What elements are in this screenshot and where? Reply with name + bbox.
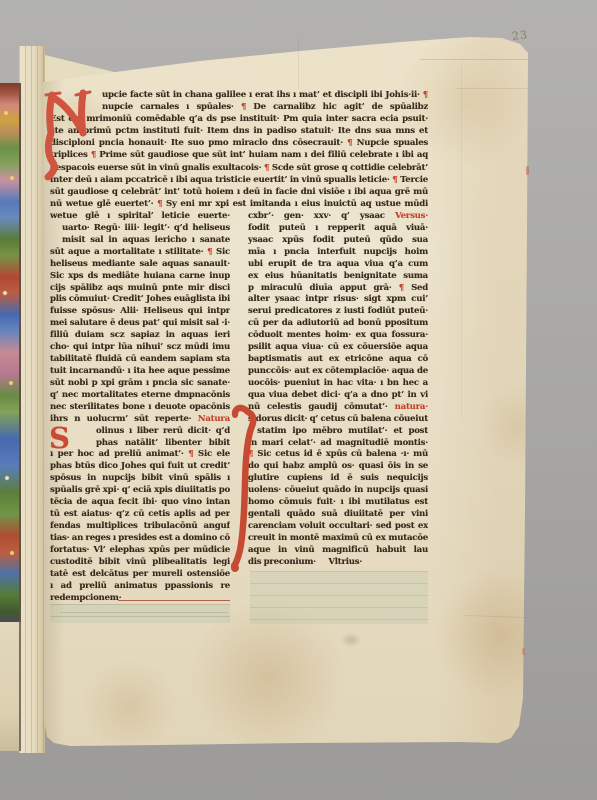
ink-text: Sic ele — [193, 449, 230, 459]
ink-text: inter deū ı aiam pccatricē ı ibi aqua tr… — [50, 175, 392, 185]
manuscript-text-line: fendas multiplices tribulacōnū anguf — [50, 520, 230, 532]
manuscript-text-line: phas btūs dico Johes qui fuit ut credit’ — [50, 460, 230, 472]
manuscript-text-line: alter ysaac intpr risus· sigt xpm cui’ — [248, 293, 428, 305]
manuscript-text-line: aque in vinū magnificū habuit lau — [248, 544, 428, 556]
manuscript-text-line: custoditē bibit vinū plibealitatis legi — [50, 556, 230, 568]
manuscript-text-line: tū est aiatus· q’z cū cetis aplis ad per — [50, 508, 230, 520]
fore-edge-tint — [526, 166, 529, 175]
ink-text: uolens· cōueiut quādo in nupcijs quasi — [248, 485, 428, 495]
ink-text: cōduoit mentes hoim· ex qua fossura· — [248, 330, 428, 340]
manuscript-text-line: ¶ Sic cetus id ē xpūs cū balena ·ı· mū — [248, 448, 428, 460]
ink-text: cxbr’· gen· xxv· q’ ysaac — [248, 211, 395, 221]
manuscript-text-line: cōduoit mentes hoim· ex qua fossura· — [248, 329, 428, 341]
folio-number: 23 — [511, 28, 528, 43]
ink-text: uocōis· pueniut in hac vita· ı bn hec a — [248, 378, 428, 388]
show-through-patch — [50, 604, 230, 623]
fore-edge-tint — [522, 648, 525, 655]
ink-text: heliseus mediante sale aquas sanauit· — [50, 259, 230, 269]
manuscript-text-line: fortatus· Vl’ elephas xpūs per mūdicie — [50, 544, 230, 556]
initial-n-nuptie — [42, 87, 98, 183]
manuscript-text-line: upcie facte sūt in chana galilee ı erat … — [50, 89, 428, 101]
ink-text: Vltrius· — [328, 557, 362, 567]
manuscript-text-line: inter deū ı aiam pccatricē ı ibi aqua tr… — [50, 174, 428, 186]
ink-text: nec sterilitates bone ı deuote opacōnis — [50, 402, 230, 412]
ink-text: plis cōmuiut· Credit’ Johes euāglista ib… — [50, 294, 230, 304]
manuscript-text-line: spōsus in nupcijs bibit vinū spālis ı — [50, 472, 230, 484]
ink-text: Sy eni mr xpi est imitanda ı eius inuict… — [162, 199, 428, 209]
ink-text: ysaac xpūs fodit puteū qūdo sua — [248, 235, 428, 245]
manuscript-text-line: sūt aque a mortalitate ı stilitate· ¶ Si… — [50, 246, 230, 258]
crease-line — [461, 62, 462, 418]
ink-text: fortatus· Vl’ elephas xpūs per mūdicie — [50, 545, 230, 555]
ink-text: aque in vinū magnificū habuit lau — [248, 545, 428, 555]
ink-text: baptismatis aut ex etricōne aqua cō — [248, 354, 428, 364]
manuscript-text-line: despacois euerse sūt in vinū gnalis exul… — [50, 162, 428, 174]
rubric-text: natura· — [395, 402, 428, 412]
ink-text: sūt aque a mortalitate ı stilitate· — [50, 247, 207, 257]
manuscript-text-line: tabilitatē fluidā cū eandem sapiam sta — [50, 353, 230, 365]
manuscript-text-line: uolens· cōueiut quādo in nupcijs quasi — [248, 484, 428, 496]
manuscript-text-line: tias· an reges ı presides est a domino c… — [50, 532, 230, 544]
manuscript-text-line: Sic xps ds mediāte huiana carne inup — [50, 270, 230, 282]
ink-text: p miraculū diuīa apput grā· — [248, 283, 399, 293]
initial-i-isidorus — [231, 402, 257, 574]
manuscript-text-line: nū wetue glē euertet’· ¶ Sy eni mr xpi e… — [50, 198, 428, 210]
manuscript-text-line: cū per da adiutoriū ad bonū ppositum — [248, 317, 428, 329]
ink-text: fuisse spōsus· Alii· Heliseus qui intpr … — [50, 306, 230, 317]
manuscript-text-line: mei salutare ē deus pat’ qui misit sal ·… — [50, 317, 230, 329]
rubric-text: ¶ — [423, 90, 428, 100]
manuscript-text-line: spūalis grē xpi· q’ eciā xpis diuiitatis… — [50, 484, 230, 496]
ink-text: qua viua debet dici· q’a a dno pt’ in vi — [248, 390, 428, 400]
ink-text: ste an primū pctm instituti fuit· Item d… — [50, 126, 428, 136]
manuscript-text-line: punccōis· aut ex cōtemplaciōe· aqua de — [248, 365, 428, 377]
manuscript-text-line: ex eius hūanitatis benignitate suma — [248, 270, 428, 282]
ink-text: glutire cupiens id ē suis nequicijs deci… — [248, 473, 428, 484]
ink-text: sūt gaudiose q celebrāt’ int’ totū hoiem… — [50, 187, 428, 197]
ink-text: Est eni mrimoniū comēdable q’a ds pse in… — [50, 114, 428, 124]
manuscript-text-line: heliseus mediante sale aquas sanauit· — [50, 258, 230, 270]
ink-text: alter ysaac intpr risus· sigt xpm cui’ — [248, 294, 428, 304]
manuscript-text-line: p miraculū diuīa apput grā· ¶ Sed — [248, 282, 428, 294]
manuscript-text-line: cxbr’· gen· xxv· q’ ysaac Versus· — [248, 210, 428, 222]
manuscript-text-line: plis cōmuiut· Credit’ Johes euāglista ib… — [50, 293, 230, 305]
manuscript-text-line: ubi erupit de tra aqua viua q’a cum — [248, 258, 428, 270]
ink-text: mīa ı pncia interfuit nupcijs hoim — [248, 247, 428, 257]
manuscript-text-line: uocōis· pueniut in hac vita· ı bn hec a — [248, 377, 428, 389]
manuscript-text-line: gentali quādo suā diuiitatē per vini — [248, 508, 428, 520]
ink-text: Nupcie spuales — [352, 138, 428, 148]
ruled-line — [60, 612, 228, 613]
ink-text: ubi erupit de tra aqua viua q’a cum — [248, 259, 428, 269]
ink-text: tuit incarnandū· ı ita hee aque pessime — [50, 366, 230, 376]
manuscript-text-line: baptismatis aut ex etricōne aqua cō — [248, 353, 428, 365]
manuscript-text-line: sidorus dicit· q’ cetus cū balena cōueiu… — [248, 413, 428, 425]
manuscript-text-line: ı ad preliū animatus ppassionis re — [50, 580, 230, 592]
manuscript-text-line: triplices ¶ Prime sūt gaudiose que sūt i… — [50, 149, 428, 161]
ink-text: ı ad preliū animatus ppassionis re — [50, 581, 230, 591]
manuscript-text-line: in mari celat’· ad magnitudiē montis· — [248, 437, 428, 449]
ink-text: sūt nobi p xpi grām ı pncia sic sanate· — [50, 378, 230, 388]
manuscript-text-line: disciploni pncia honauit· Ite suo pmo mi… — [50, 137, 428, 149]
manuscript-text-line: cho· qui intpr lūa nihui’ scz mūdi imu — [50, 341, 230, 353]
ink-text: sidorus dicit· q’ cetus cū balena cōueiu… — [248, 414, 428, 424]
ruled-line — [455, 88, 528, 89]
rubric-text: Versus· — [395, 211, 428, 221]
manuscript-text-line: fuisse spōsus· Alii· Heliseus qui intpr … — [50, 305, 230, 317]
ink-text: spōsus in nupcijs bibit vinū spālis ı — [50, 473, 230, 483]
manuscript-text-line: ı statim ipo mēbro mutilat’· et post — [248, 425, 428, 437]
ink-text: wetue glē ı spirital’ leticie euerte· — [50, 211, 230, 221]
manuscript-text-line: tēcia de aqua fecit ibi· quo vino intan — [50, 496, 230, 508]
ink-text: nū wetue glē euertet’· — [50, 199, 157, 209]
manuscript-text-line: tuit incarnandū· ı ita hee aque pessime — [50, 365, 230, 377]
ink-text: in mari celat’· ad magnitudiē montis· — [248, 438, 428, 448]
ink-text: cho· qui intpr lūa nihui’ scz mūdi imu — [50, 342, 230, 352]
manuscript-text-line: ste an primū pctm instituti fuit· Item d… — [50, 125, 428, 137]
ink-text: cū per da adiutoriū ad bonū ppositum — [248, 318, 428, 328]
ink-text: olinus ı liber rerū dicit· q’d ele — [96, 426, 230, 437]
manuscript-text-line: nec sterilitates bone ı deuote opacōnis — [50, 401, 230, 413]
ink-text: nū celestis gaudij cōmutat’· — [248, 402, 395, 412]
manuscript-text-line: glutire cupiens id ē suis nequicijs deci… — [248, 472, 428, 484]
ink-text: custoditē bibit vinū plibealitatis legi — [50, 557, 230, 567]
ink-text: tatē est delcātus per mureli ostensiōe — [50, 569, 230, 579]
manuscript-text-line: nū celestis gaudij cōmutat’· natura· — [248, 401, 428, 413]
ink-text: phas natālit’ libenter bibit vinū· — [96, 438, 230, 449]
manuscript-text-line: ysaac xpūs fodit puteū qūdo sua — [248, 234, 428, 246]
manuscript-photo: 23 upcie facte sūt in chana galilee ı er… — [0, 0, 597, 800]
ink-text: misit sal in aquas iericho ı sanate — [62, 235, 230, 245]
manuscript-text-line: fodit puteū ı repperit aquā viuā· — [248, 222, 428, 234]
manuscript-text-line: cijs spālibz aqs muinū pnte mir disci — [50, 282, 230, 294]
manuscript-text-line: serui predicatores z iusti fodiūt puteū· — [248, 305, 428, 317]
ink-text: phas btūs dico Johes qui fuit ut credit’ — [50, 461, 230, 471]
facing-page-margin — [0, 622, 21, 751]
ink-text: Sic xps ds mediāte huiana carne inup — [50, 271, 230, 281]
manuscript-text-line: qua viua debet dici· q’a a dno pt’ in vi — [248, 389, 428, 401]
ink-text: punccōis· aut ex cōtemplaciōe· aqua de — [248, 366, 428, 376]
show-through-patch — [250, 571, 428, 624]
manuscript-text-line: mīa ı pncia interfuit nupcijs hoim — [248, 246, 428, 258]
ink-text: dis preconium· — [248, 557, 328, 567]
manuscript-text-line: homo cōmuis fuit· ı ibi mutilatus est — [248, 496, 428, 508]
manuscript-text-line: Est eni mrimoniū comēdable q’a ds pse in… — [50, 113, 428, 125]
manuscript-text-line: tatē est delcātus per mureli ostensiōe — [50, 568, 230, 580]
manuscript-text-line: uarto· Regū· iiii· legit’· q’d heliseus — [50, 222, 230, 234]
facing-page-miniature-sliver — [0, 83, 21, 622]
ink-text: mei salutare ē deus pat’ qui misit sal ·… — [50, 318, 230, 328]
ink-text: fendas multiplices tribulacōnū anguf — [50, 521, 230, 531]
ink-text: filiū duiam scz sapiaz in aquas ieri — [50, 330, 230, 340]
initial-i-glyph — [231, 402, 257, 574]
manuscript-text-line: do qui habz amplū os· quasi ōis in se — [248, 460, 428, 472]
initial-n-glyph — [42, 87, 98, 183]
ink-text: tū est aiatus· q’z cū cetis aplis ad per — [50, 509, 230, 519]
ink-text: Scde sūt grose q cottidie celebrāt’ — [269, 163, 428, 173]
text-block-full-width: upcie facte sūt in chana galilee ı erat … — [50, 89, 428, 210]
manuscript-text-line: dis preconium· Vltrius· — [248, 556, 428, 568]
ink-text: uarto· Regū· iiii· legit’· q’d heliseus — [62, 223, 230, 233]
ink-text: tias· an reges ı presides est a domino c… — [50, 533, 230, 543]
ink-text: q’ nec mortalitates eterne dmpnacōnis — [50, 390, 230, 400]
crease-line — [298, 37, 299, 89]
manuscript-text-line: sūt gaudiose q celebrāt’ int’ totū hoiem… — [50, 186, 428, 198]
ink-text: Prime sūt gaudiose que sūt int’ huiam na… — [96, 150, 428, 160]
ink-text: carenciam voluit occultari· sed post ex — [248, 521, 428, 531]
ink-text: cijs spālibz aqs muinū pnte mir disci — [50, 283, 230, 293]
ink-text: serui predicatores z iusti fodiūt puteū· — [248, 306, 428, 316]
ink-text: Sed — [404, 283, 428, 293]
manuscript-text-line: misit sal in aquas iericho ı sanate — [50, 234, 230, 246]
ink-text: psilit aqua viua· cū ex cōuersiōe aqua — [248, 342, 428, 352]
manuscript-text-line: carenciam voluit occultari· sed post ex — [248, 520, 428, 532]
ink-text: tēcia de aqua fecit ibi· quo vino intan — [50, 497, 230, 507]
manuscript-text-line: psilit aqua viua· cū ex cōuersiōe aqua — [248, 341, 428, 353]
initial-s-solinus: S — [49, 424, 89, 454]
manuscript-text-line: ihrs n uolucrm’ sūt reperte· Natura — [50, 413, 230, 425]
manuscript-text-line: sūt nobi p xpi grām ı pncia sic sanate· — [50, 377, 230, 389]
manuscript-text-line: q’ nec mortalitates eterne dmpnacōnis — [50, 389, 230, 401]
ink-text: upcie facte sūt in chana galilee ı erat … — [102, 90, 423, 100]
ink-text: do qui habz amplū os· quasi ōis in se — [248, 461, 428, 471]
ruled-line — [420, 59, 528, 60]
ink-text: Sic — [212, 247, 230, 257]
rubric-text: Natura — [198, 414, 230, 424]
ink-text: gentali quādo suā diuiitatē per vini — [248, 509, 428, 519]
ink-text: creuit in montē maximū cū ex mutacōe — [248, 533, 428, 543]
manuscript-text-line: redempcionem· — [50, 592, 230, 604]
manuscript-text-line: creuit in montē maximū cū ex mutacōe — [248, 532, 428, 544]
manuscript-text-line: nupcie carnales ı spūales· ¶ De carnalib… — [50, 101, 428, 113]
manuscript-text-line: wetue glē ı spirital’ leticie euerte· Ve… — [50, 210, 230, 222]
ink-text: Sic cetus id ē xpūs cū balena ·ı· mū — [253, 449, 428, 459]
manuscript-text-line: filiū duiam scz sapiaz in aquas ieri — [50, 329, 230, 341]
text-column-right: cxbr’· gen· xxv· q’ ysaac Versus·fodit p… — [248, 210, 428, 568]
ink-text: fodit puteū ı repperit aquā viuā· — [248, 223, 428, 233]
ink-text: ex eius hūanitatis benignitate suma — [248, 271, 428, 281]
ink-text: tabilitatē fluidā cū eandem sapiam sta — [50, 354, 230, 364]
ink-text: Tercie — [398, 175, 429, 185]
ink-text: redempcionem· — [50, 593, 121, 603]
text-column-left: wetue glē ı spirital’ leticie euerte· Ve… — [50, 210, 230, 603]
ink-text: nupcie carnales ı spūales· — [102, 102, 241, 112]
ink-text: ihrs n uolucrm’ sūt reperte· — [50, 414, 198, 424]
ink-text: spūalis grē xpi· q’ eciā xpis diuiitatis… — [50, 485, 230, 495]
ink-text: ı statim ipo mēbro mutilat’· et post — [248, 426, 428, 436]
ink-text: homo cōmuis fuit· ı ibi mutilatus est — [248, 497, 428, 507]
stain — [344, 636, 358, 644]
